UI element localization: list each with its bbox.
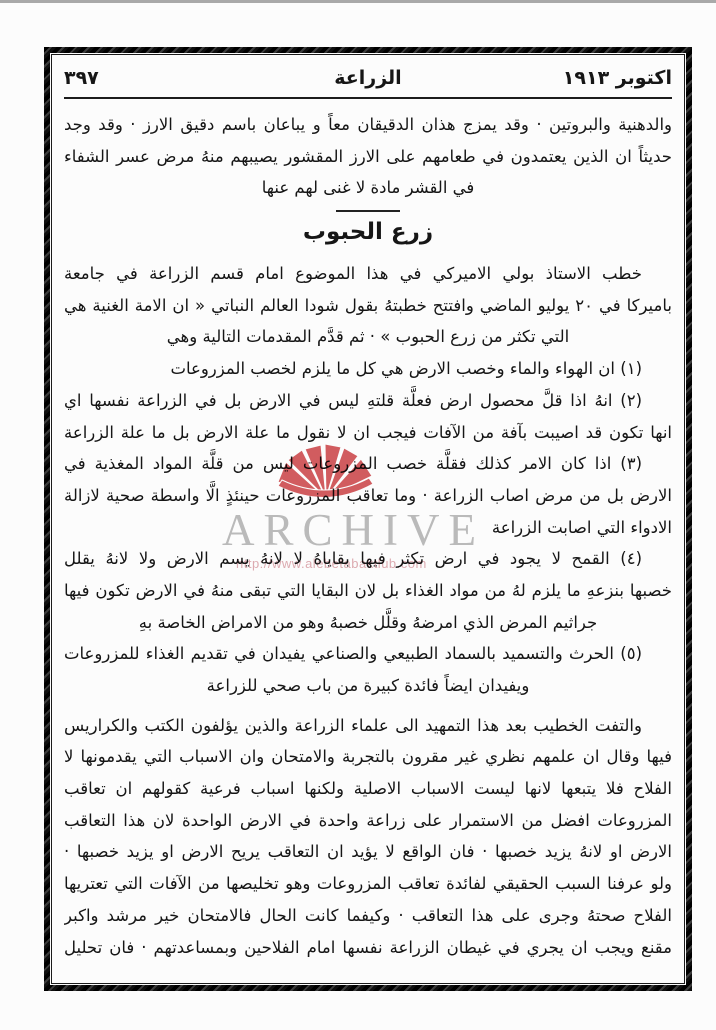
text-line: فيها وقال ان علمهم نظري غير مقرون بالتجر… bbox=[64, 741, 672, 773]
text-line: والتفت الخطيب بعد هذا التمهيد الى علماء … bbox=[64, 710, 672, 742]
text-line: والدهنية والبروتين · وقد يمزج هذان الدقي… bbox=[64, 109, 672, 141]
page-header: اكتوبر ١٩١٣ الزراعة ٣٩٧ bbox=[64, 65, 672, 91]
text-line: خطب الاستاذ بولي الاميركي في هذا الموضوع… bbox=[64, 258, 672, 290]
page-content: اكتوبر ١٩١٣ الزراعة ٣٩٧ والدهنية والبروت… bbox=[50, 53, 686, 985]
list-item-line: (١) ان الهواء والماء وخصب الارض هي كل ما… bbox=[64, 353, 672, 385]
ornate-page-border: اكتوبر ١٩١٣ الزراعة ٣٩٧ والدهنية والبروت… bbox=[44, 47, 692, 991]
text-line: التي تكثر من زرع الحبوب » · ثم قدَّم الم… bbox=[64, 321, 672, 353]
scanned-journal-page: { "page": { "background": "#fcfcfc", "in… bbox=[0, 0, 716, 1030]
list-item-line: خصبها بنزعهِ ما يلزم لهُ من مواد الغذاء … bbox=[64, 575, 672, 607]
list-item-line: (٥) الحرث والتسميد بالسماد الطبيعي والصن… bbox=[64, 638, 672, 670]
text-line: مقنع ويجب ان يجري في غيطان الزراعة نفسها… bbox=[64, 932, 672, 964]
list-item-line: جراثيم المرض الذي امرضهُ وقلَّل خصبهُ وه… bbox=[64, 607, 672, 639]
text-line: حديثاً ان الذين يعتمدون في طعامهم على ال… bbox=[64, 141, 672, 173]
text-line: الفلاح صحتهُ وجرى على هذا التعاقب · وكيف… bbox=[64, 900, 672, 932]
page-number: ٣٩٧ bbox=[64, 65, 267, 91]
list-item-line: الارض بل من مرض اصاب الزراعة · وما تعاقب… bbox=[64, 480, 672, 512]
section-divider bbox=[336, 210, 400, 212]
list-item-line: (٤) القمح لا يجود في ارض تكثر فيها بقايا… bbox=[64, 543, 672, 575]
list-item-line: الادواء التي اصابت الزراعة bbox=[64, 512, 672, 544]
list-item-line: (٣) اذا كان الامر كذلك فقلَّة خصب المزرو… bbox=[64, 448, 672, 480]
issue-date: اكتوبر ١٩١٣ bbox=[469, 65, 672, 91]
header-rule bbox=[64, 97, 672, 99]
text-line: المزروعات افضل من الاستمرار على زراعة وا… bbox=[64, 805, 672, 837]
text-line: باميركا في ٢٠ يوليو الماضي وافتتح خطبتهُ… bbox=[64, 290, 672, 322]
list-item-line: انها تكون قد اصيبت بآفة من الآفات فيجب ا… bbox=[64, 417, 672, 449]
scan-top-edge bbox=[0, 0, 716, 3]
section-heading: زرع الحبوب bbox=[64, 214, 672, 250]
text-line: الارض او لانهُ يزيد خصبها · فان الواقع ل… bbox=[64, 836, 672, 868]
text-line: في القشر مادة لا غنى لهم عنها bbox=[64, 172, 672, 204]
text-line: الفلاح فلا يتبعها لانها ليست الاسباب الا… bbox=[64, 773, 672, 805]
list-item-line: ويفيدان ايضاً فائدة كبيرة من باب صحي للز… bbox=[64, 670, 672, 702]
list-item-line: (٢) انهُ اذا قلَّ محصول ارض فعلَّة قلتهِ… bbox=[64, 385, 672, 417]
journal-title: الزراعة bbox=[267, 65, 470, 91]
discussion-paragraph: والتفت الخطيب بعد هذا التمهيد الى علماء … bbox=[64, 710, 672, 964]
text-line: ولو عرفنا السبب الحقيقي لفائدة تعاقب الم… bbox=[64, 868, 672, 900]
article-body: والدهنية والبروتين · وقد يمزج هذان الدقي… bbox=[64, 109, 672, 963]
